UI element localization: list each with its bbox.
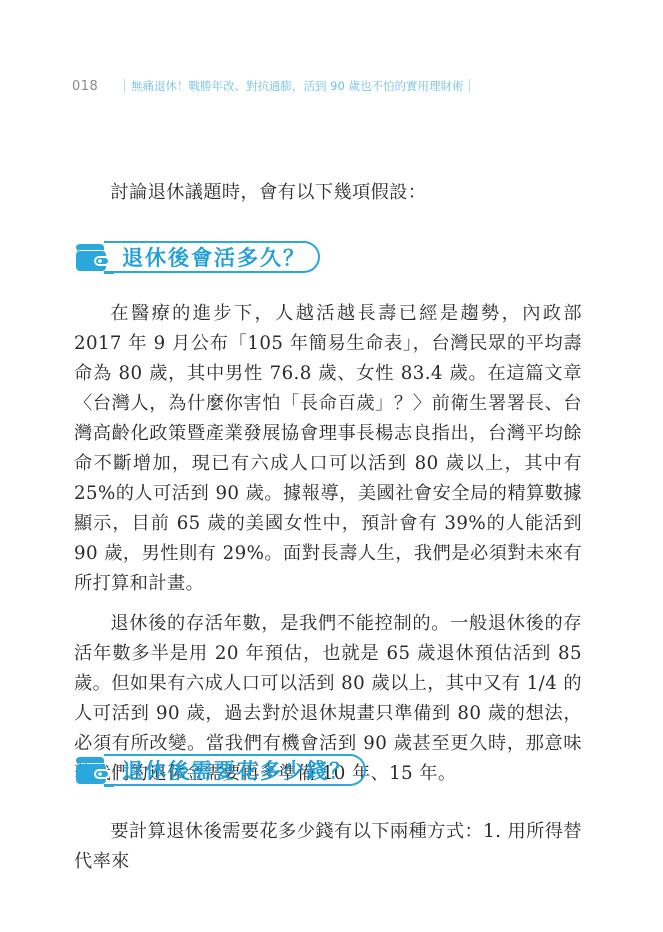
paragraph: 要計算退休後需要花多少錢有以下兩種方式：1. 用所得替代率來 [74, 817, 582, 877]
heading-pill: 退休後會活多久？ [112, 241, 320, 273]
divider [124, 79, 125, 93]
section-heading-lifespan: 退休後會活多久？ [74, 237, 320, 277]
divider [469, 79, 470, 93]
wallet-icon [74, 754, 110, 786]
intro-paragraph: 討論退休議題時，會有以下幾項假設： [74, 178, 582, 208]
intro-text: 討論退休議題時，會有以下幾項假設： [74, 178, 582, 208]
section-title: 退休後需要花多少錢？ [122, 755, 352, 785]
page-number: 018 [72, 79, 118, 94]
section-title: 退休後會活多久？ [122, 242, 306, 272]
wallet-icon [74, 241, 110, 273]
section-body-lifespan: 在醫療的進步下，人越活越長壽已經是趨勢，內政部 2017 年 9 月公布「105… [74, 299, 582, 789]
section-heading-spending: 退休後需要花多少錢？ [74, 750, 366, 790]
section-body-spending: 要計算退休後需要花多少錢有以下兩種方式：1. 用所得替代率來 [74, 817, 582, 877]
running-head: 018 無痛退休！戰勝年改、對抗通膨，活到 90 歲也不怕的實用理財術 [72, 76, 476, 96]
heading-pill: 退休後需要花多少錢？ [112, 754, 366, 786]
paragraph: 在醫療的進步下，人越活越長壽已經是趨勢，內政部 2017 年 9 月公布「105… [74, 299, 582, 599]
book-title: 無痛退休！戰勝年改、對抗通膨，活到 90 歲也不怕的實用理財術 [131, 78, 463, 94]
running-title: 無痛退休！戰勝年改、對抗通膨，活到 90 歲也不怕的實用理財術 [118, 78, 476, 94]
